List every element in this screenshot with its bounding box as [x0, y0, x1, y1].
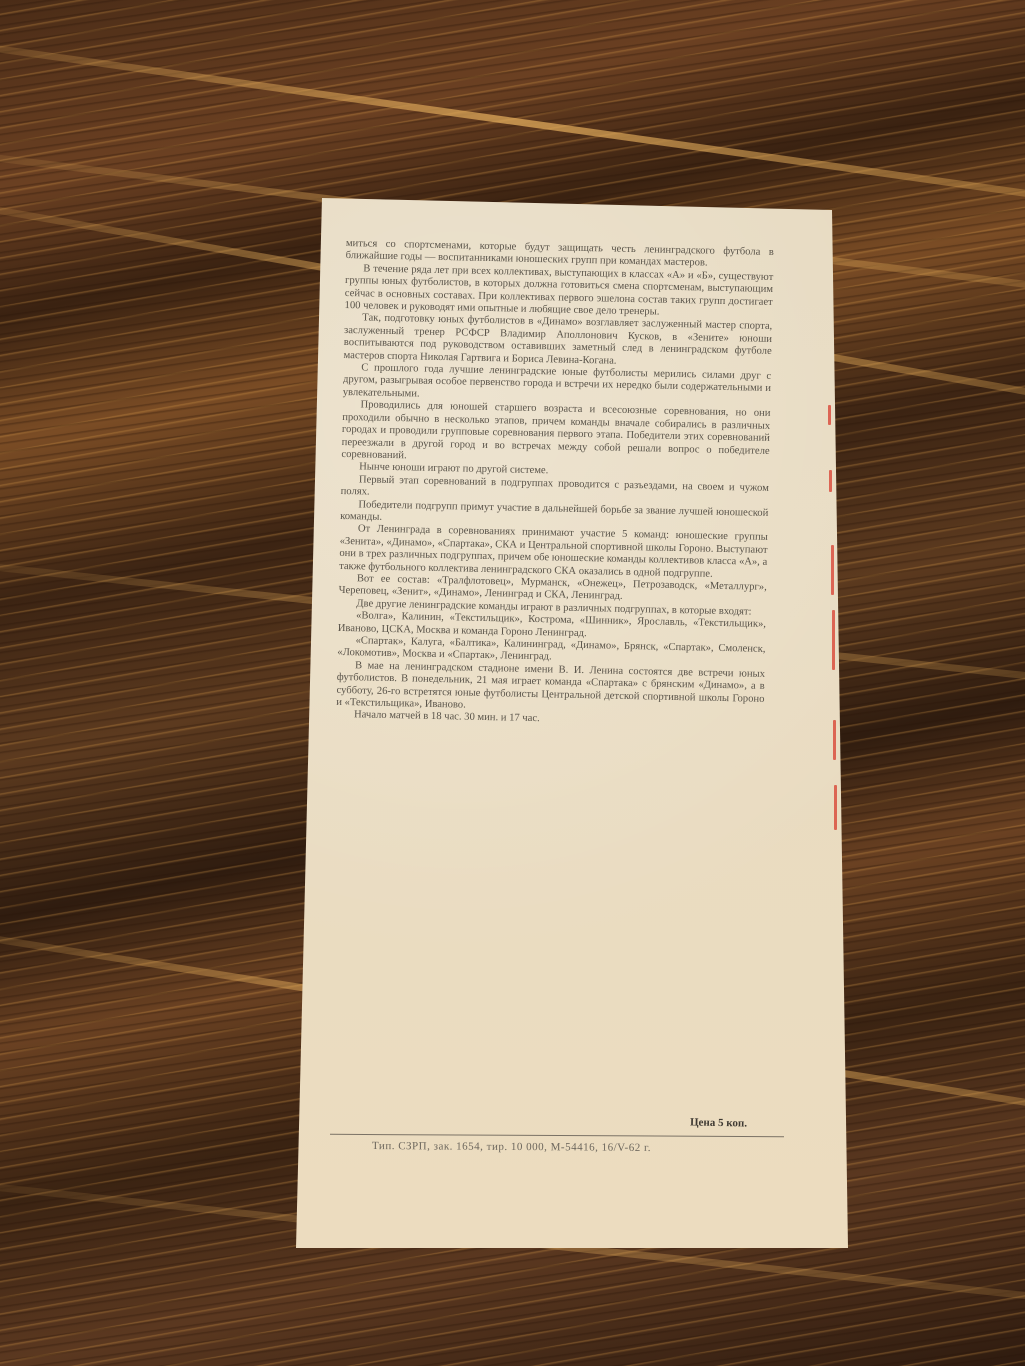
- printing-imprint: Тип. СЗРП, зак. 1654, тир. 10 000, М-544…: [372, 1140, 651, 1154]
- red-edge-mark: [834, 785, 837, 830]
- paragraph: Проводились для юношей старшего возраста…: [341, 399, 770, 470]
- red-edge-mark: [831, 545, 834, 595]
- red-edge-mark: [829, 470, 832, 492]
- paragraph: От Ленинграда в соревнованиях принимают …: [339, 523, 768, 582]
- red-edge-mark: [832, 610, 835, 670]
- paragraph: В течение ряда лет при всех коллективах,…: [344, 263, 773, 322]
- paragraph: Так, подготовку юных футболистов в «Дина…: [343, 312, 772, 371]
- red-edge-mark: [828, 405, 831, 425]
- paragraph: В мае на ленинградском стадионе имени В.…: [336, 660, 765, 719]
- article-text: миться со спортсменами, которые будут за…: [336, 238, 774, 731]
- price-label: Цена 5 коп.: [690, 1116, 747, 1129]
- red-edge-mark: [833, 720, 836, 760]
